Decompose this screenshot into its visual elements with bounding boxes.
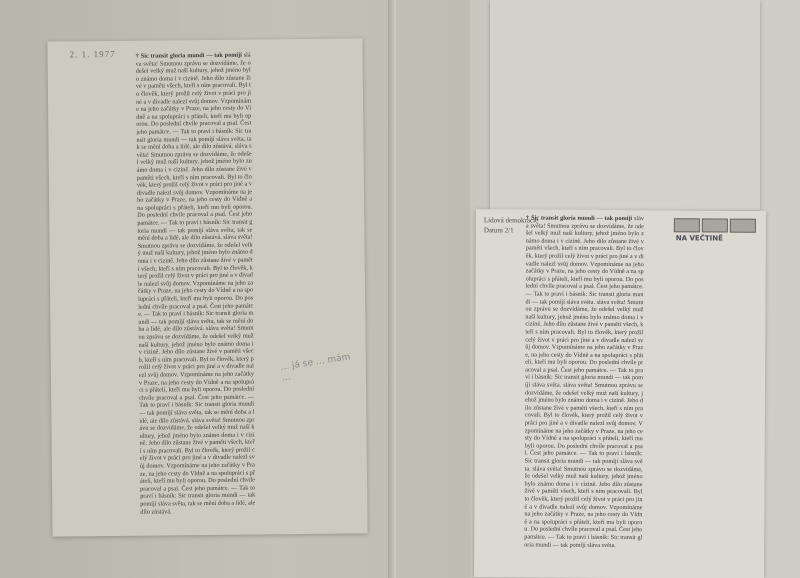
stamp-box-2	[702, 218, 728, 232]
article-body-repeat-3: sláva světa! Smutnou zprávu se dozvídáme…	[138, 325, 254, 424]
article-body-repeat-2: sláva světa! Smutnou zprávu se dozvídáme…	[525, 382, 643, 472]
article-body-repeat: sláva světa! Smutnou zprávu se dozvídáme…	[525, 298, 643, 388]
stamp-box-1	[674, 218, 700, 232]
handwritten-date: 2. 1. 1977	[69, 49, 115, 59]
board-fold	[388, 0, 396, 578]
stamp-box-3	[730, 219, 756, 233]
article-body-repeat: sláva světa! Smutnou zprávu se dozvídáme…	[137, 143, 253, 242]
article-body: sláva světa! Smutnou zprávu se dozvídáme…	[136, 52, 252, 151]
pencil-annotation: … já se … mám …	[280, 351, 362, 385]
article-body: sláva světa! Smutnou zprávu se dozvídáme…	[525, 215, 643, 305]
stamp-label: NA VEČTINĚ	[676, 234, 723, 242]
clipping-right: Lidová demokracie Datum 2/1 NA VEČTINĚ †…	[474, 209, 766, 578]
article-column: † Sic transit gloria mundi — tak pomíjí …	[524, 215, 644, 576]
article-body-repeat-4: sláva světa! Smutnou zprávu se dozvídáme…	[139, 416, 255, 515]
article-column: † Sic transit gloria mundi — tak pomíjí …	[136, 52, 256, 533]
article-body-repeat-3: sláva světa! Smutnou zprávu se dozvídáme…	[524, 465, 642, 548]
article-body-repeat-2: sláva světa! Smutnou zprávu se dozvídáme…	[138, 234, 254, 333]
clipping-left: 2. 1. 1977 † Sic transit gloria mundi — …	[47, 38, 367, 536]
background-sheet	[490, 0, 760, 210]
article-heading: † Sic transit gloria mundi — tak pomíjí	[526, 215, 634, 223]
